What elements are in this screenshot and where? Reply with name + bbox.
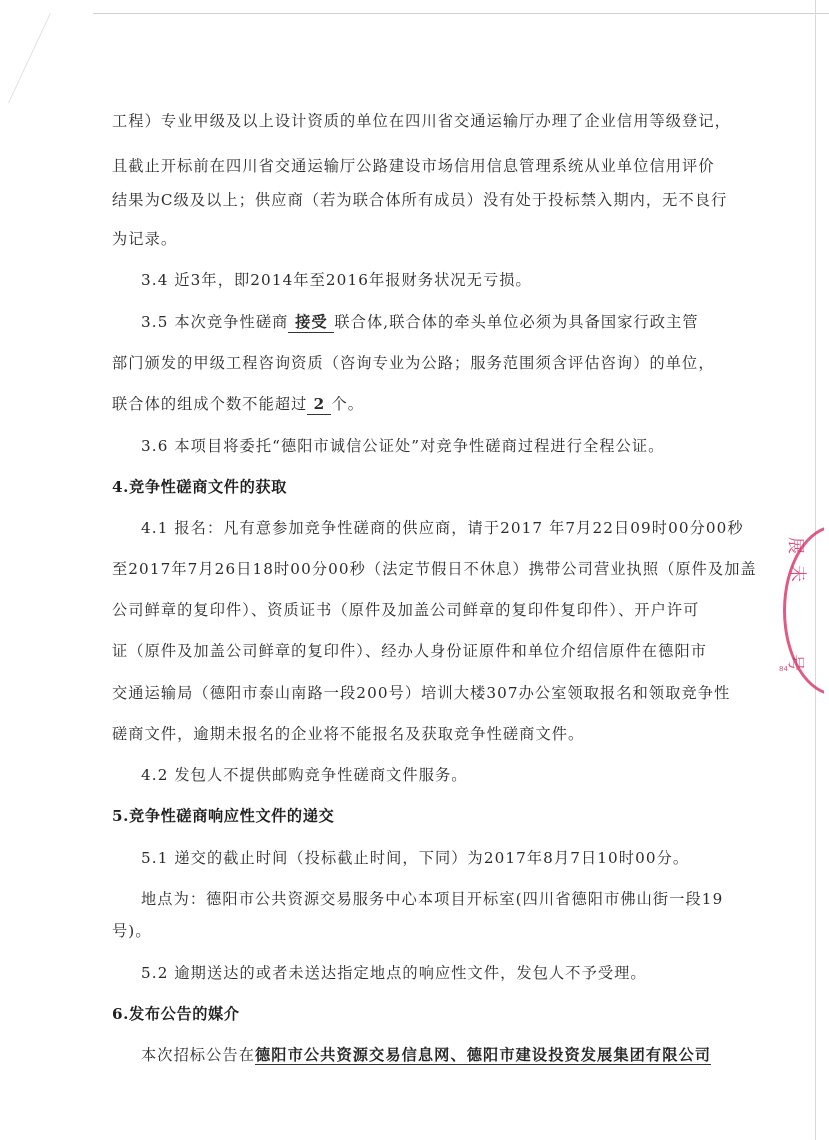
paragraph-line: 至2017年7月26日18时00分00秒（法定节假日不休息）携带公司营业执照（原… — [112, 559, 757, 579]
section-heading-4: 4.竞争性磋商文件的获取 — [112, 477, 287, 497]
item-3-4: 3.4 近3年，即2014年至2016年报财务状况无亏损。 — [141, 270, 532, 290]
section-6-body-prefix: 本次招标公告在 — [141, 1046, 255, 1064]
paragraph-line: 磋商文件，逾期未报名的企业将不能报名及获取竞争性磋商文件。 — [112, 724, 584, 744]
item-3-5-line3-prefix: 联合体的组成个数不能超过 — [112, 395, 307, 413]
seal-number: 84 — [779, 665, 788, 673]
seal-char: 展 — [785, 537, 810, 554]
scan-page-edge-corner — [8, 13, 51, 103]
location-line: 地点为：德阳市公共资源交易服务中心本项目开标室(四川省德阳市佛山街一段19 — [141, 889, 723, 909]
item-3-5-line3: 联合体的组成个数不能超过2个。 — [112, 394, 364, 415]
item-3-6: 3.6 本项目将委托“德阳市诚信公证处”对竞争性磋商过程进行全程公证。 — [141, 436, 664, 456]
joint-venture-max-count-field: 2 — [307, 394, 331, 415]
scan-page-edge-top — [93, 13, 829, 14]
item-5-2: 5.2 逾期送达的或者未送达指定地点的响应性文件，发包人不予受理。 — [141, 963, 647, 983]
item-3-5: 3.5 本次竞争性磋商接受联合体,联合体的牵头单位必须为具备国家行政主管 — [141, 312, 699, 333]
seal-char: 号 — [785, 654, 810, 671]
paragraph-line: 证（原件及加盖公司鲜章的复印件）、经办人身份证原件和单位介绍信原件在德阳市 — [112, 641, 707, 661]
seal-char: 未 — [787, 565, 812, 582]
paragraph-line: 为记录。 — [112, 229, 177, 249]
section-6-body: 本次招标公告在德阳市公共资源交易信息网、德阳市建设投资发展集团有限公司 — [141, 1045, 711, 1065]
joint-venture-acceptance-field: 接受 — [288, 312, 334, 333]
item-4-2: 4.2 发包人不提供邮购竞争性磋商文件服务。 — [141, 765, 468, 785]
paragraph-line: 工程）专业甲级及以上设计资质的单位在四川省交通运输厅办理了企业信用等级登记， — [112, 111, 731, 131]
section-heading-6: 6.发布公告的媒介 — [112, 1004, 240, 1024]
paragraph-line: 公司鲜章的复印件）、资质证书（原件及加盖公司鲜章的复印件复印件）、开户许可 — [112, 600, 699, 620]
publication-media: 德阳市公共资源交易信息网、德阳市建设投资发展集团有限公司 — [255, 1046, 711, 1065]
paragraph-line: 交通运输局（德阳市泰山南路一段200号）培训大楼307办公室领取报名和领取竞争性 — [112, 683, 730, 703]
item-3-5-line3-suffix: 个。 — [331, 395, 364, 413]
item-4-1: 4.1 报名：凡有意参加竞争性磋商的供应商，请于2017 年7月22日09时00… — [141, 518, 744, 538]
item-5-1: 5.1 递交的截止时间（投标截止时间，下同）为2017年8月7日10时00分。 — [141, 848, 689, 868]
item-3-5-suffix: 联合体,联合体的牵头单位必须为具备国家行政主管 — [334, 313, 698, 331]
item-3-5-prefix: 3.5 本次竞争性磋商 — [141, 313, 288, 331]
paragraph-line: 结果为C级及以上；供应商（若为联合体所有成员）没有处于投标禁入期内，无不良行 — [112, 190, 727, 210]
paragraph-line: 部门颁发的甲级工程咨询资质（咨询专业为公路；服务范围须含评估咨询）的单位， — [112, 353, 715, 373]
section-heading-5: 5.竞争性磋商响应性文件的递交 — [112, 806, 334, 826]
paragraph-line: 号)。 — [112, 921, 152, 941]
red-seal-stamp: 展 未 号 84 — [783, 525, 823, 690]
paragraph-line: 且截止开标前在四川省交通运输厅公路建设市场信用信息管理系统从业单位信用评价 — [112, 156, 715, 176]
